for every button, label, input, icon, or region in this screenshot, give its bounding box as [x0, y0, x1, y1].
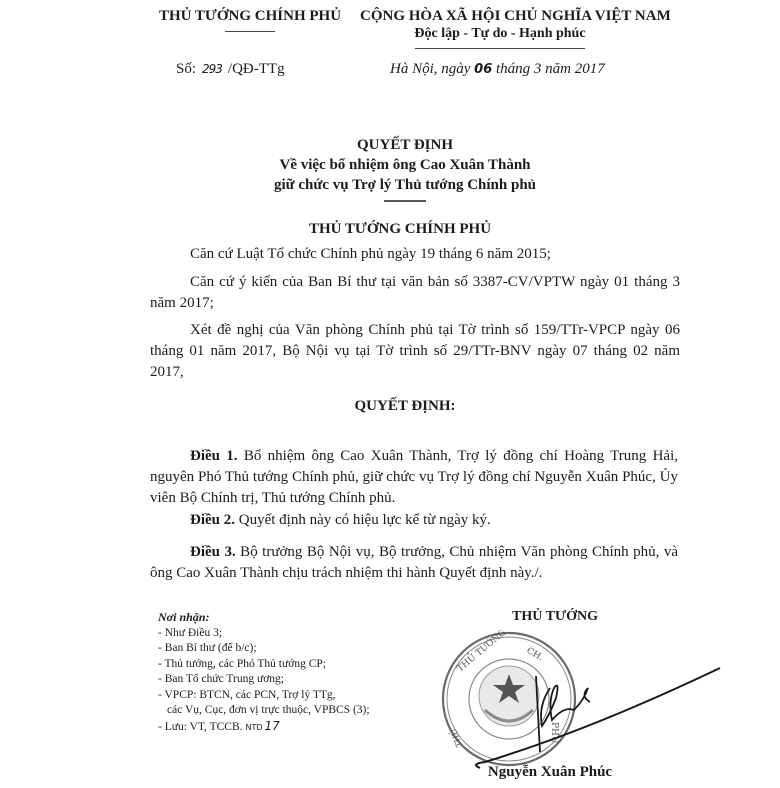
decision-heading: QUYẾT ĐỊNH: — [140, 398, 670, 415]
date-prefix: Hà Nội, ngày — [390, 61, 470, 77]
doc-no-handwritten: 293 — [202, 62, 222, 76]
title-line-1: Về việc bổ nhiệm ông Cao Xuân Thành — [180, 155, 630, 175]
document-number: Số:293/QĐ-TTg — [176, 61, 285, 78]
signer-title: THỦ TƯỚNG — [475, 609, 635, 625]
handwritten-signature-icon — [440, 640, 740, 780]
title-underline — [384, 200, 426, 202]
doc-no-suffix: /QĐ-TTg — [228, 61, 285, 77]
doc-no-label: Số: — [176, 61, 196, 77]
decision-title: QUYẾT ĐỊNH Về việc bổ nhiệm ông Cao Xuân… — [180, 135, 630, 202]
preamble-clause: Căn cứ Luật Tổ chức Chính phủ ngày 19 th… — [150, 244, 680, 265]
recipient-item: - Ban Bí thư (để b/c); — [158, 641, 448, 657]
article-label: Điều 2. — [190, 512, 235, 528]
article-label: Điều 3. — [190, 544, 236, 560]
recipient-item: các Vụ, Cục, đơn vị trực thuộc, VPBCS (3… — [158, 703, 448, 719]
issuing-authority: THỦ TƯỚNG CHÍNH PHỦ — [140, 221, 660, 238]
recipient-item: - Thủ tướng, các Phó Thủ tướng CP; — [158, 657, 448, 673]
national-motto: Độc lập - Tự do - Hạnh phúc — [360, 26, 640, 42]
recipient-item-archive: - Lưu: VT, TCCB.NTD17 — [158, 719, 448, 736]
title-line-2: giữ chức vụ Trợ lý Thủ tướng Chính phủ — [180, 175, 630, 195]
article-2: Điều 2. Quyết định này có hiệu lực kể từ… — [150, 510, 678, 531]
preamble-clause: Xét đề nghị của Văn phòng Chính phủ tại … — [150, 320, 680, 383]
signer-name: Nguyễn Xuân Phúc — [455, 764, 645, 781]
document-type: QUYẾT ĐỊNH — [180, 135, 630, 155]
initials-mark: NTD — [246, 723, 263, 732]
recipient-item: - Ban Tổ chức Trung ương; — [158, 672, 448, 688]
issue-date: Hà Nội, ngày 06 tháng 3 năm 2017 — [390, 61, 605, 78]
issuer-block: THỦ TƯỚNG CHÍNH PHỦ — [150, 8, 350, 32]
national-header: CỘNG HÒA XÃ HỘI CHỦ NGHĨA VIỆT NAM Độc l… — [360, 8, 640, 49]
recipient-item: - Như Điều 3; — [158, 626, 448, 642]
recipient-item: - VPCP: BTCN, các PCN, Trợ lý TTg, — [158, 688, 448, 704]
article-3: Điều 3. Bộ trưởng Bộ Nội vụ, Bộ trưởng, … — [150, 542, 678, 584]
motto-underline — [415, 48, 585, 49]
issuer-underline — [225, 31, 275, 32]
preamble-clause: Căn cứ ý kiến của Ban Bí thư tại văn bản… — [150, 272, 680, 314]
date-day: 06 — [474, 62, 492, 77]
initials-handwritten: 17 — [265, 719, 280, 733]
date-suffix: tháng 3 năm 2017 — [496, 61, 605, 77]
issuer-name: THỦ TƯỚNG CHÍNH PHỦ — [150, 8, 350, 25]
article-text: Quyết định này có hiệu lực kể từ ngày ký… — [235, 512, 491, 528]
archive-text: - Lưu: VT, TCCB. — [158, 721, 243, 733]
recipients-list: Nơi nhận: - Như Điều 3; - Ban Bí thư (để… — [158, 610, 448, 735]
article-1: Điều 1. Bổ nhiệm ông Cao Xuân Thành, Trợ… — [150, 446, 678, 509]
article-label: Điều 1. — [190, 448, 238, 464]
recipients-heading: Nơi nhận: — [158, 610, 448, 626]
country-name: CỘNG HÒA XÃ HỘI CHỦ NGHĨA VIỆT NAM — [360, 8, 640, 25]
